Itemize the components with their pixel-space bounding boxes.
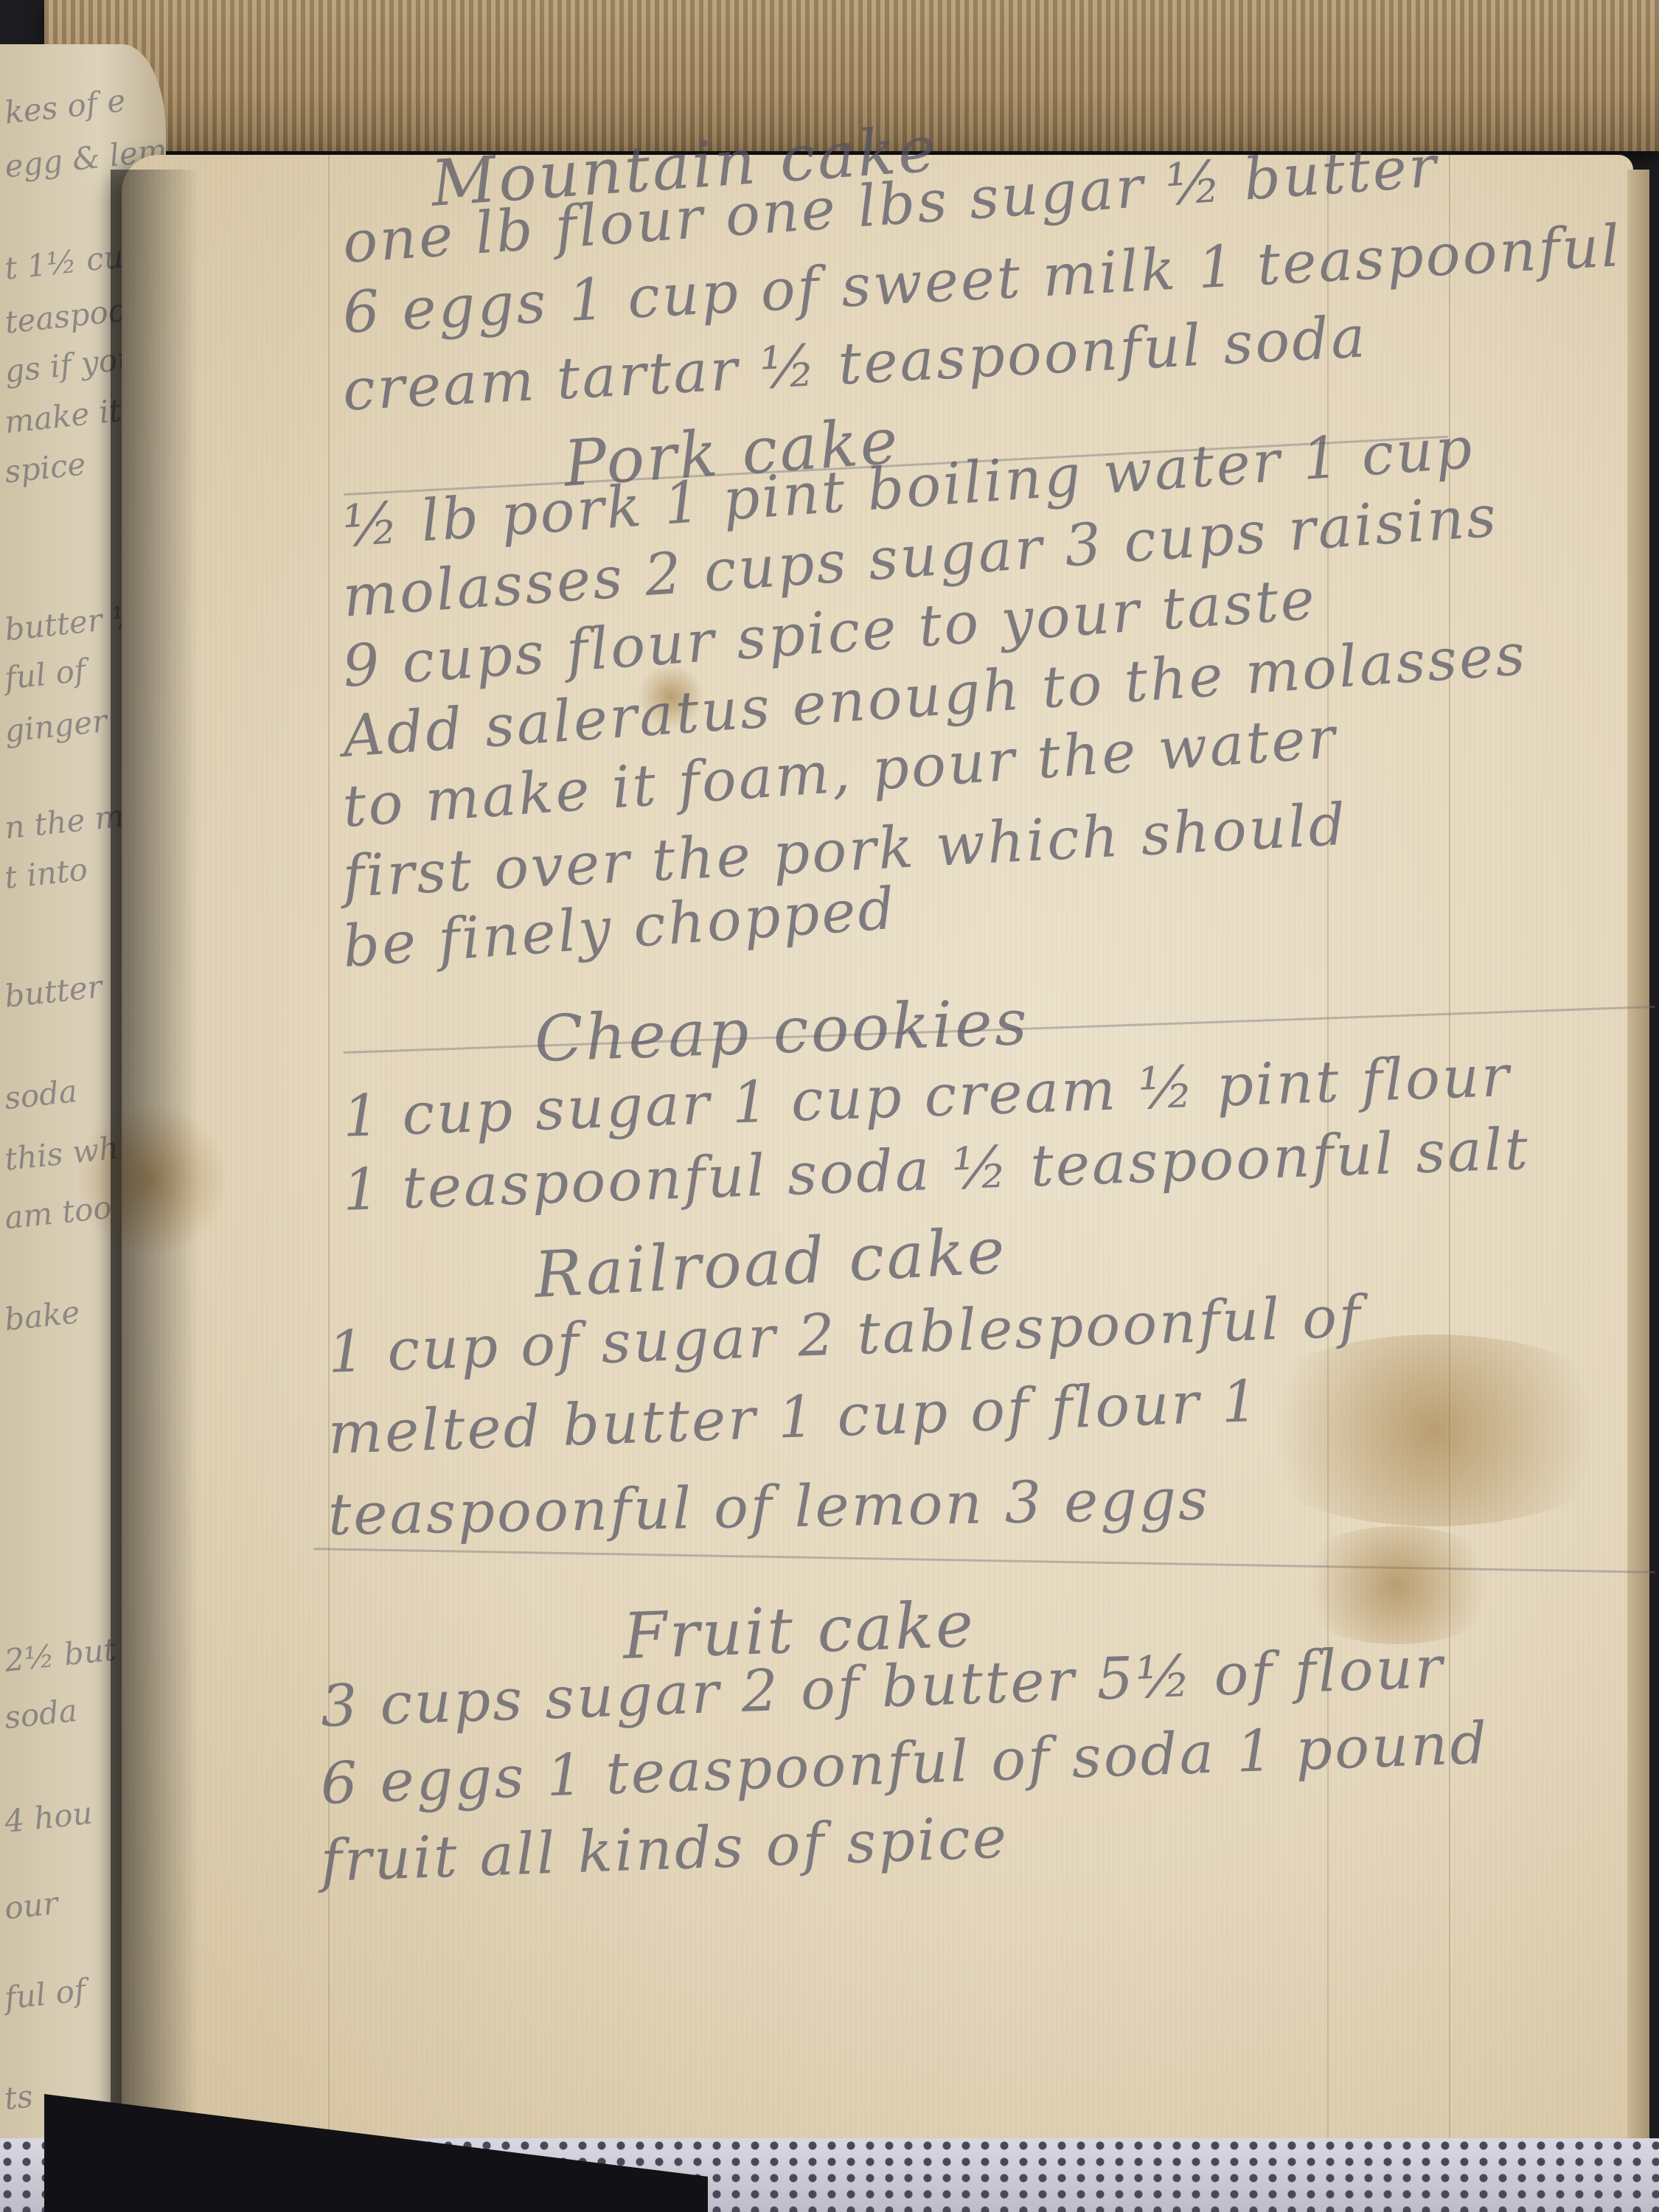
- recipe-page: Mountain cake one lb flour one lbs sugar…: [122, 155, 1633, 2153]
- left-page-fragment: n the m: [3, 798, 126, 846]
- left-page-fragment: spice: [3, 445, 88, 490]
- left-page-fragment: ful of: [3, 1972, 88, 2016]
- left-page-fragment: 2½ but: [3, 1631, 118, 1679]
- recipe-line: melted butter 1 cup of flour 1: [327, 1368, 1261, 1467]
- left-page-fragment: ful of: [3, 652, 88, 696]
- left-page-fragment: soda: [3, 1692, 79, 1736]
- recipe-line: fruit all kinds of spice: [319, 1804, 1009, 1895]
- recipe-line: teaspoonful of lemon 3 eggs: [327, 1467, 1211, 1548]
- left-page-fragment: ginger: [3, 703, 109, 749]
- left-page-fragment: butter: [3, 968, 104, 1015]
- paper-stain: [1287, 1526, 1508, 1644]
- recipe-title: Railroad cake: [532, 1214, 1008, 1312]
- paper-stain: [1228, 1335, 1641, 1526]
- left-page-fragment: ts: [3, 2078, 35, 2117]
- left-page-fragment: our: [3, 1885, 60, 1926]
- left-page-fragment: make it: [3, 392, 123, 440]
- left-page-fragment: soda: [3, 1073, 79, 1116]
- left-page-fragment: t into: [3, 851, 89, 896]
- page-edge: [1627, 170, 1649, 2153]
- left-page-fragment: kes of e: [3, 83, 127, 131]
- book-gutter-shadow: [111, 170, 199, 2146]
- left-page-fragment: bake: [3, 1294, 82, 1338]
- left-page-fragment: 4 hou: [3, 1795, 94, 1840]
